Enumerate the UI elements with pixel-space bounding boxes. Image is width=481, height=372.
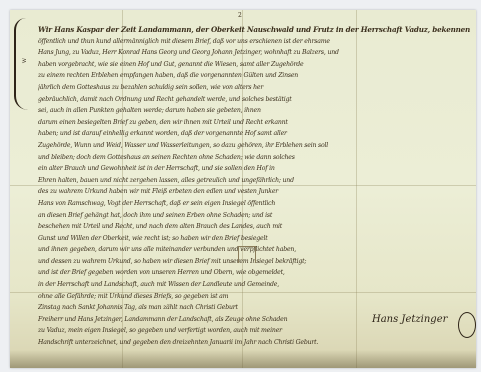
- text-line: sei, auch in allen Punkten gehalten werd…: [38, 105, 470, 117]
- water-stain: [10, 350, 476, 368]
- text-line: zu einem rechten Erblehen empfangen habe…: [38, 70, 470, 82]
- decorated-initial: W: [14, 18, 40, 110]
- text-line: haben; und ist darauf einhellig erkannt …: [38, 128, 470, 140]
- text-line: gebräuchlich, damit nach Ordnung und Rec…: [38, 94, 470, 106]
- text-line: Handschrift unterzeichnet, und gegeben d…: [38, 337, 470, 349]
- text-line: an diesen Brief gehängt hat, doch ihm un…: [38, 210, 470, 222]
- text-line: Hans Jung, zu Vaduz, Herr Konrad Hans Ge…: [38, 47, 470, 59]
- text-line: darum einen besiegelten Brief zu geben, …: [38, 117, 470, 129]
- text-line: ohne alle Gefährde; mit Urkund dieses Br…: [38, 291, 470, 303]
- text-line: Zinstag nach Sankt Johannis Tag, als man…: [38, 302, 470, 314]
- text-line: zu Vaduz, mein eigen Insiegel, so gegebe…: [38, 325, 470, 337]
- text-line: jährlich dem Gotteshaus zu bezahlen schu…: [38, 82, 470, 94]
- text-line: beschehen mit Urteil und Recht, und nach…: [38, 221, 470, 233]
- text-line: Gunst und Willen der Oberkeit, wie recht…: [38, 233, 470, 245]
- text-line: und ist der Brief gegeben worden von uns…: [38, 267, 470, 279]
- text-line: ein alter Brauch und Gewohnheit ist in d…: [38, 163, 470, 175]
- text-line: Hans von Ramschwag, Vogt der Herrschaft,…: [38, 198, 470, 210]
- text-line: Ehren halten, bauen und nicht zergehen l…: [38, 175, 470, 187]
- decorated-initial-letter: W: [22, 58, 28, 63]
- text-line: des zu wahrem Urkund haben wir mit Fleiß…: [38, 186, 470, 198]
- text-line: Zugehörde, Wunn und Weid, Wasser und Was…: [38, 140, 470, 152]
- text-line: haben vorgebracht, wie sie einen Hof und…: [38, 59, 470, 71]
- signature: Hans Jetzinger: [372, 314, 447, 325]
- seal-slit-mark: [238, 246, 256, 263]
- handwritten-text: Wir Hans Kaspar der Zeit Landammann, der…: [38, 24, 470, 349]
- paraph-flourish: [458, 312, 476, 338]
- text-line: und bleiben; doch dem Gotteshaus an sein…: [38, 152, 470, 164]
- document-parchment: 2 W Wir Hans Kaspar der Zeit Landammann,…: [10, 10, 476, 368]
- text-line: Wir Hans Kaspar der Zeit Landammann, der…: [38, 24, 470, 36]
- text-line: öffentlich und thun kund allermänniglich…: [38, 36, 470, 48]
- text-line: in der Herrschaft und Landschaft, auch m…: [38, 279, 470, 291]
- page-mark: 2: [238, 12, 242, 19]
